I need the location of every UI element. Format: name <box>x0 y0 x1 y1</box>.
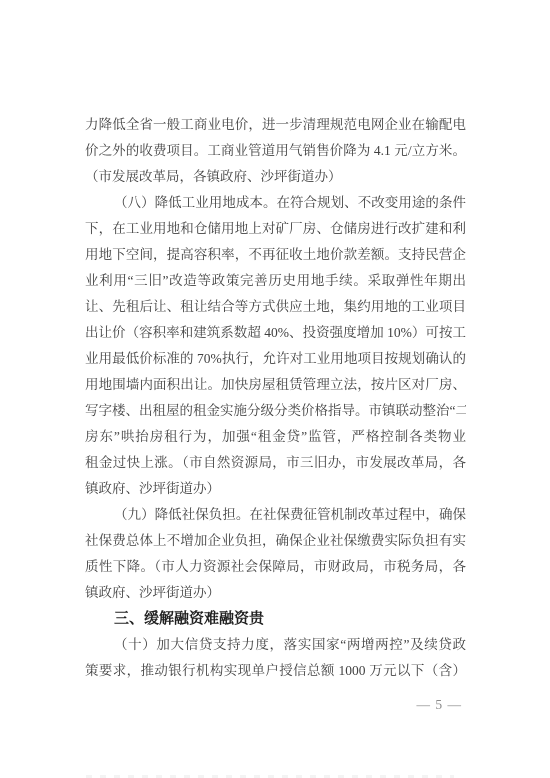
document-body: 力降低全省一般工商业电价，进一步清理规范电网企业在输配电 价之外的收费项目。工商… <box>85 112 466 684</box>
page-number: — 5 — <box>417 696 463 714</box>
text-line: （十）加大信贷支持力度，落实国家“两增两控”及续贷政 <box>85 632 466 658</box>
text-line: 价之外的收费项目。工商业管道用气销售价降为 4.1 元/立方米。 <box>85 138 466 164</box>
text-line: 用地下空间，提高容积率，不再征收土地价款差额。支持民营企 <box>85 242 466 268</box>
text-line: 质性下降。（市人力资源社会保障局，市财政局，市税务局，各 <box>85 554 466 580</box>
text-line: 让、先租后让、租让结合等方式供应土地，集约用地的工业项目 <box>85 294 466 320</box>
text-line: （八）降低工业用地成本。在符合规划、不改变用途的条件 <box>85 190 466 216</box>
text-line: 业利用“三旧”改造等政策完善历史用地手续。采取弹性年期出 <box>85 268 466 294</box>
text-line: 写字楼、出租屋的租金实施分级分类价格指导。市镇联动整治“二 <box>85 398 466 424</box>
text-line: 社保费总体上不增加企业负担，确保企业社保缴费实际负担有实 <box>85 528 466 554</box>
text-line: 策要求，推动银行机构实现单户授信总额 1000 万元以下（含） <box>85 658 466 684</box>
text-line: 下，在工业用地和仓储用地上对矿厂房、仓储房进行改扩建和利 <box>85 216 466 242</box>
text-line: （市发展改革局，各镇政府、沙坪街道办） <box>85 164 466 190</box>
text-line: 用地围墙内面积出让。加快房屋租赁管理立法，按片区对厂房、 <box>85 372 466 398</box>
text-line: 租金过快上涨。（市自然资源局，市三旧办，市发展改革局，各 <box>85 450 466 476</box>
text-line: 镇政府、沙坪街道办） <box>85 476 466 502</box>
text-line: 房东”哄抬房租行为，加强“租金贷”监管，严格控制各类物业 <box>85 424 466 450</box>
text-line: 镇政府、沙坪街道办） <box>85 580 466 606</box>
text-line: 力降低全省一般工商业电价，进一步清理规范电网企业在输配电 <box>85 112 466 138</box>
section-heading: 三、缓解融资难融资贵 <box>85 606 466 632</box>
text-line: 业用最低价标准的 70%执行，允许对工业用地项目按规划确认的 <box>85 346 466 372</box>
text-line: 出让价（容积率和建筑系数超 40%、投资强度增加 10%）可按工 <box>85 320 466 346</box>
document-page: 力降低全省一般工商业电价，进一步清理规范电网企业在输配电 价之外的收费项目。工商… <box>0 0 550 778</box>
text-line: （九）降低社保负担。在社保费征管机制改革过程中，确保 <box>85 502 466 528</box>
